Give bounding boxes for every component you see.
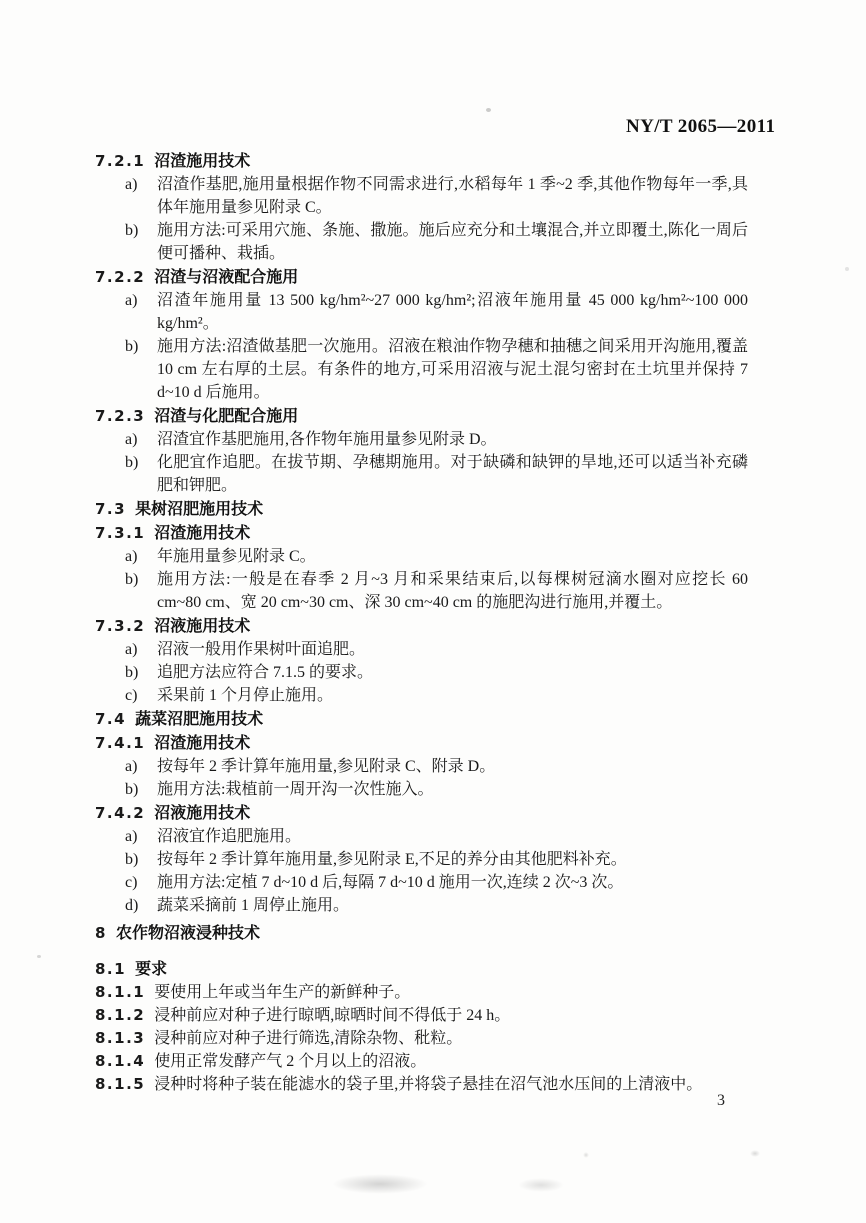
clause-number: 8.1.2 — [95, 1004, 145, 1027]
heading-title: 蔬菜沼肥施用技术 — [135, 709, 263, 728]
clause-number: 8.1.1 — [95, 981, 145, 1004]
item-label: b) — [125, 335, 157, 404]
clause-heading: 7.2.2沼渣与沼液配合施用 — [95, 265, 748, 289]
item-text: 按每年 2 季计算年施用量,参见附录 C、附录 D。 — [157, 755, 748, 778]
list-item: a)沼渣宜作基肥施用,各作物年施用量参见附录 D。 — [95, 428, 748, 451]
clause-number: 7.4.1 — [95, 734, 145, 752]
list-item: a)沼渣作基肥,施用量根据作物不同需求进行,水稻每年 1 季~2 季,其他作物每… — [95, 173, 748, 219]
heading-title: 沼渣与化肥配合施用 — [154, 406, 298, 425]
clause-text: 浸种前应对种子进行晾晒,晾晒时间不得低于 24 h。 — [154, 1004, 748, 1027]
item-label: b) — [125, 568, 157, 614]
item-label: a) — [125, 428, 157, 451]
item-label: a) — [125, 755, 157, 778]
scan-artifact — [486, 108, 491, 112]
item-label: a) — [125, 289, 157, 335]
list-item: d)蔬菜采摘前 1 周停止施用。 — [95, 894, 748, 917]
scan-artifact — [37, 955, 41, 958]
heading-title: 沼渣施用技术 — [154, 523, 250, 542]
item-text: 施用方法:沼渣做基肥一次施用。沼液在粮油作物孕穗和抽穗之间采用开沟施用,覆盖 1… — [157, 335, 748, 404]
clause-number: 8.1 — [95, 960, 126, 978]
item-text: 沼渣年施用量 13 500 kg/hm²~27 000 kg/hm²;沼液年施用… — [157, 289, 748, 335]
scanned-page: NY/T 2065—2011 7.2.1沼渣施用技术a)沼渣作基肥,施用量根据作… — [0, 0, 866, 1223]
clause-number: 7.4.2 — [95, 804, 145, 822]
item-text: 沼液宜作追肥施用。 — [157, 825, 748, 848]
clause-number: 7.4 — [95, 710, 126, 728]
item-text: 施用方法:一般是在春季 2 月~3 月和采果结束后,以每棵树冠滴水圈对应挖长 6… — [157, 568, 748, 614]
heading-title: 沼渣施用技术 — [154, 733, 250, 752]
list-item: b)施用方法:可采用穴施、条施、撒施。施后应充分和土壤混合,并立即覆土,陈化一周… — [95, 219, 748, 265]
clause-paragraph: 8.1.1要使用上年或当年生产的新鲜种子。 — [95, 981, 748, 1004]
list-item: a)沼液一般用作果树叶面追肥。 — [95, 638, 748, 661]
item-label: b) — [125, 778, 157, 801]
item-text: 按每年 2 季计算年施用量,参见附录 E,不足的养分由其他肥料补充。 — [157, 848, 748, 871]
item-text: 年施用量参见附录 C。 — [157, 545, 748, 568]
scan-artifact — [750, 1150, 760, 1157]
clause-heading: 7.2.3沼渣与化肥配合施用 — [95, 404, 748, 428]
clause-heading: 7.4蔬菜沼肥施用技术 — [95, 707, 748, 731]
clause-number: 8.1.4 — [95, 1050, 145, 1073]
list-item: b)按每年 2 季计算年施用量,参见附录 E,不足的养分由其他肥料补充。 — [95, 848, 748, 871]
item-text: 沼渣作基肥,施用量根据作物不同需求进行,水稻每年 1 季~2 季,其他作物每年一… — [157, 173, 748, 219]
scan-artifact — [518, 1178, 564, 1192]
list-item: b)施用方法:沼渣做基肥一次施用。沼液在粮油作物孕穗和抽穗之间采用开沟施用,覆盖… — [95, 335, 748, 404]
list-item: a)沼液宜作追肥施用。 — [95, 825, 748, 848]
clause-paragraph: 8.1.4使用正常发酵产气 2 个月以上的沼液。 — [95, 1050, 748, 1073]
clause-number: 7.3 — [95, 500, 126, 518]
item-text: 蔬菜采摘前 1 周停止施用。 — [157, 894, 748, 917]
clause-heading: 7.3.2沼液施用技术 — [95, 614, 748, 638]
clause-number: 8.1.5 — [95, 1073, 145, 1096]
list-item: b)施用方法:栽植前一周开沟一次性施入。 — [95, 778, 748, 801]
list-item: a)年施用量参见附录 C。 — [95, 545, 748, 568]
item-label: b) — [125, 661, 157, 684]
item-label: d) — [125, 894, 157, 917]
clause-heading: 7.3果树沼肥施用技术 — [95, 497, 748, 521]
item-text: 施用方法:定植 7 d~10 d 后,每隔 7 d~10 d 施用一次,连续 2… — [157, 871, 748, 894]
item-label: c) — [125, 684, 157, 707]
clause-paragraph: 8.1.5浸种时将种子装在能滤水的袋子里,并将袋子悬挂在沼气池水压间的上清液中。 — [95, 1073, 748, 1096]
item-text: 追肥方法应符合 7.1.5 的要求。 — [157, 661, 748, 684]
item-text: 沼液一般用作果树叶面追肥。 — [157, 638, 748, 661]
clause-number: 7.3.2 — [95, 617, 145, 635]
chapter-heading: 8农作物沼液浸种技术 — [95, 921, 748, 945]
heading-title: 果树沼肥施用技术 — [135, 499, 263, 518]
clause-number: 8 — [95, 924, 107, 942]
clause-text: 浸种时将种子装在能滤水的袋子里,并将袋子悬挂在沼气池水压间的上清液中。 — [154, 1073, 748, 1096]
heading-title: 沼渣与沼液配合施用 — [154, 267, 298, 286]
clause-number: 7.2.2 — [95, 268, 145, 286]
item-label: b) — [125, 848, 157, 871]
list-item: c)采果前 1 个月停止施用。 — [95, 684, 748, 707]
page-number: 3 — [717, 1092, 725, 1110]
list-item: c)施用方法:定植 7 d~10 d 后,每隔 7 d~10 d 施用一次,连续… — [95, 871, 748, 894]
item-label: c) — [125, 871, 157, 894]
item-label: a) — [125, 638, 157, 661]
item-label: b) — [125, 219, 157, 265]
scan-artifact — [332, 1174, 428, 1194]
heading-title: 农作物沼液浸种技术 — [116, 923, 260, 942]
clause-number: 7.2.3 — [95, 407, 145, 425]
item-text: 采果前 1 个月停止施用。 — [157, 684, 748, 707]
item-text: 化肥宜作追肥。在拔节期、孕穗期施用。对于缺磷和缺钾的旱地,还可以适当补充磷肥和钾… — [157, 451, 748, 497]
clause-heading: 7.3.1沼渣施用技术 — [95, 521, 748, 545]
heading-title: 沼液施用技术 — [154, 616, 250, 635]
list-item: b)施用方法:一般是在春季 2 月~3 月和采果结束后,以每棵树冠滴水圈对应挖长… — [95, 568, 748, 614]
scan-artifact — [583, 1152, 589, 1158]
clause-heading: 7.2.1沼渣施用技术 — [95, 149, 748, 173]
item-label: a) — [125, 825, 157, 848]
item-label: b) — [125, 451, 157, 497]
item-text: 沼渣宜作基肥施用,各作物年施用量参见附录 D。 — [157, 428, 748, 451]
document-content: 7.2.1沼渣施用技术a)沼渣作基肥,施用量根据作物不同需求进行,水稻每年 1 … — [95, 149, 748, 1096]
item-text: 施用方法:栽植前一周开沟一次性施入。 — [157, 778, 748, 801]
heading-title: 要求 — [135, 959, 167, 978]
item-label: a) — [125, 545, 157, 568]
item-label: a) — [125, 173, 157, 219]
list-item: a)按每年 2 季计算年施用量,参见附录 C、附录 D。 — [95, 755, 748, 778]
clause-paragraph: 8.1.3浸种前应对种子进行筛选,清除杂物、秕粒。 — [95, 1027, 748, 1050]
clause-number: 7.3.1 — [95, 524, 145, 542]
list-item: b)化肥宜作追肥。在拔节期、孕穗期施用。对于缺磷和缺钾的旱地,还可以适当补充磷肥… — [95, 451, 748, 497]
clause-number: 7.2.1 — [95, 152, 145, 170]
scan-artifact — [845, 267, 849, 271]
clause-paragraph: 8.1.2浸种前应对种子进行晾晒,晾晒时间不得低于 24 h。 — [95, 1004, 748, 1027]
clause-text: 使用正常发酵产气 2 个月以上的沼液。 — [154, 1050, 748, 1073]
clause-text: 要使用上年或当年生产的新鲜种子。 — [154, 981, 748, 1004]
list-item: a)沼渣年施用量 13 500 kg/hm²~27 000 kg/hm²;沼液年… — [95, 289, 748, 335]
clause-heading: 7.4.2沼液施用技术 — [95, 801, 748, 825]
heading-title: 沼液施用技术 — [154, 803, 250, 822]
clause-heading: 7.4.1沼渣施用技术 — [95, 731, 748, 755]
clause-heading: 8.1要求 — [95, 957, 748, 981]
list-item: b)追肥方法应符合 7.1.5 的要求。 — [95, 661, 748, 684]
standard-code-header: NY/T 2065—2011 — [626, 116, 775, 138]
item-text: 施用方法:可采用穴施、条施、撒施。施后应充分和土壤混合,并立即覆土,陈化一周后便… — [157, 219, 748, 265]
clause-number: 8.1.3 — [95, 1027, 145, 1050]
heading-title: 沼渣施用技术 — [154, 151, 250, 170]
clause-text: 浸种前应对种子进行筛选,清除杂物、秕粒。 — [154, 1027, 748, 1050]
